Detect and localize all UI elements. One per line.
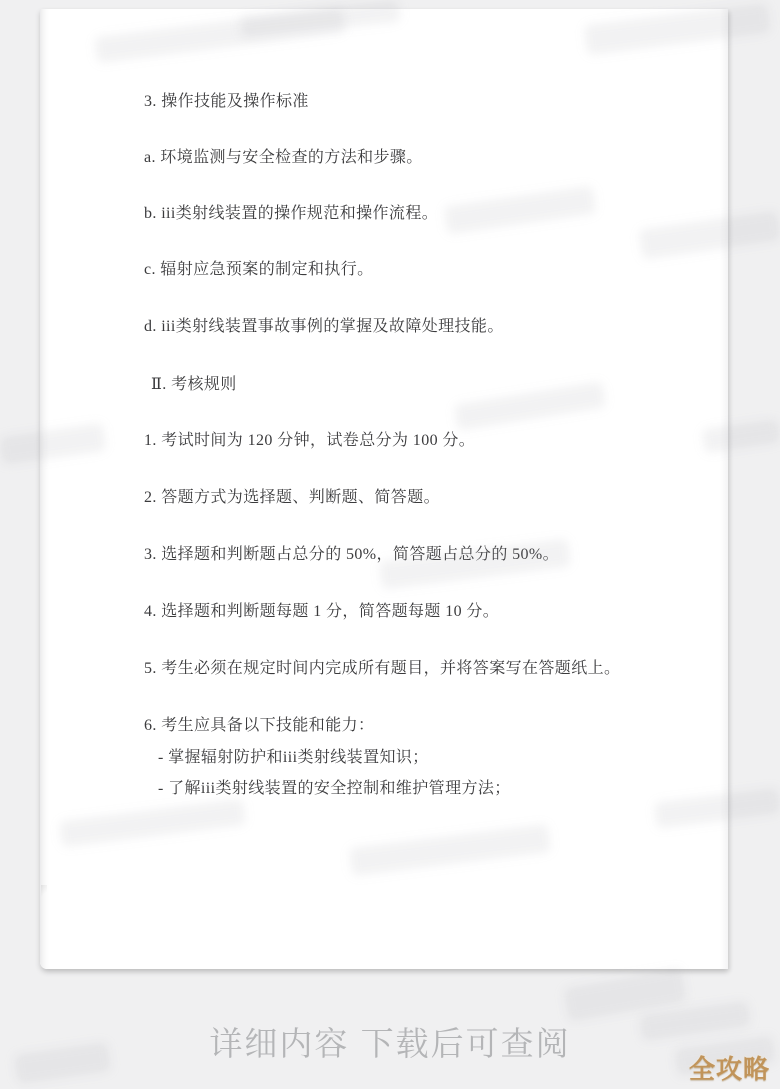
document-line: - 了解iii类射线装置的安全控制和维护管理方法； bbox=[158, 780, 511, 797]
document-line: c. 辐射应急预案的制定和执行。 bbox=[144, 261, 374, 278]
document-line: d. iii类射线装置事故事例的掌握及故障处理技能。 bbox=[144, 318, 504, 335]
document-line: 1. 考试时间为 120 分钟，试卷总分为 100 分。 bbox=[144, 432, 475, 449]
document-line: a. 环境监测与安全检查的方法和步骤。 bbox=[144, 149, 423, 166]
document-line: Ⅱ. 考核规则 bbox=[151, 376, 237, 393]
download-hint-text: 详细内容 下载后可查阅 bbox=[0, 1018, 780, 1065]
document-line: - 掌握辐射防护和iii类射线装置知识； bbox=[158, 749, 429, 766]
preview-viewport: 3. 操作技能及操作标准a. 环境监测与安全检查的方法和步骤。b. iii类射线… bbox=[0, 0, 780, 1089]
document-line: 2. 答题方式为选择题、判断题、简答题。 bbox=[144, 489, 440, 506]
site-watermark-badge: 全攻略 bbox=[689, 1049, 770, 1086]
document-line: 5. 考生必须在规定时间内完成所有题目，并将答案写在答题纸上。 bbox=[144, 660, 620, 677]
document-line: 3. 操作技能及操作标准 bbox=[144, 93, 309, 110]
document-line: 6. 考生应具备以下技能和能力： bbox=[144, 717, 374, 734]
document-line: b. iii类射线装置的操作规范和操作流程。 bbox=[144, 205, 438, 222]
document-line: 4. 选择题和判断题每题 1 分，简答题每题 10 分。 bbox=[144, 603, 499, 620]
